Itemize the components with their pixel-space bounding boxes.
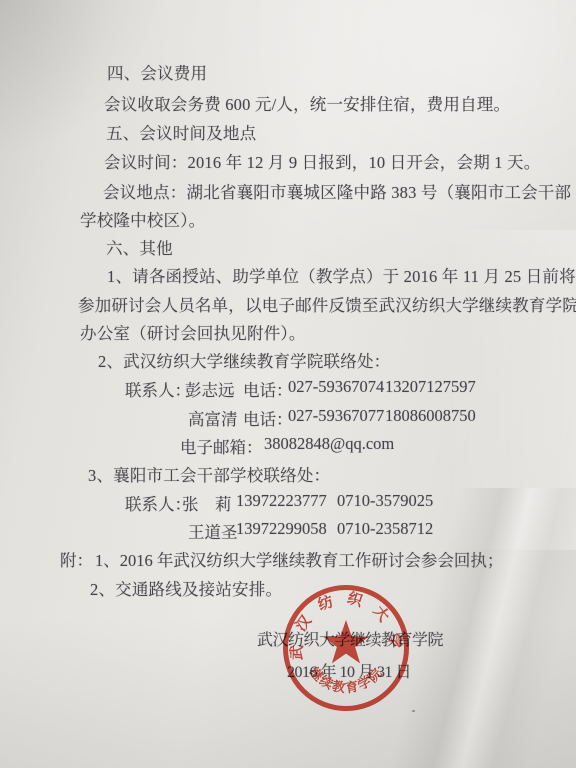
- heading-fees: 四、会议费用: [107, 60, 207, 84]
- contact-mobile: 18086008750: [385, 406, 476, 426]
- contact-name: 彭志远: [185, 377, 235, 401]
- heading-time-place: 五、会议时间及地点: [106, 120, 256, 144]
- attachment-item-2: 2、交通路线及接站安排。: [90, 576, 282, 600]
- contact-name: 张 莉: [182, 491, 232, 515]
- contact-tel: 0710-2358712: [337, 519, 433, 539]
- contact-phone-label: 电话：: [243, 377, 293, 401]
- meeting-place-line1: 会议地点：湖北省襄阳市襄城区隆中路 383 号（襄阳市工会干部: [103, 179, 571, 203]
- xy-contact-row-2: 王道圣 13972299058 0710-2358712: [0, 519, 576, 543]
- contact-name: 王道圣: [188, 519, 238, 543]
- email-row: 电子邮箱： 38082848@qq.com: [0, 434, 576, 458]
- fees-body: 会议收取会务费 600 元/人，统一安排住宿，费用自理。: [104, 91, 510, 115]
- xy-contact-row-1: 联系人： 张 莉 13972223777 0710-3579025: [0, 491, 576, 515]
- other-item1-line1: 1、请各函授站、助学单位（教学点）于 2016 年 11 月 25 日前将: [107, 263, 576, 287]
- attachments-line-1: 附： 1、2016 年武汉纺织大学继续教育工作研讨会参会回执；: [0, 547, 576, 571]
- heading-other: 六、其他: [106, 235, 173, 259]
- attachments-label: 附：: [60, 547, 93, 571]
- wtu-contact-row-2: 高富清 电话： 027-59367077 18086008750: [0, 406, 576, 430]
- contact-phone: 027-59367074: [288, 377, 384, 397]
- wtu-contact-row-1: 联系人： 彭志远 电话： 027-59367074 13207127597: [0, 377, 576, 401]
- contact-phone: 027-59367077: [288, 406, 384, 426]
- contact-label: 联系人：: [125, 377, 191, 401]
- official-seal: 武汉纺织大学 继续教育学院: [271, 573, 421, 723]
- seal-star-icon: [323, 620, 369, 663]
- contact-phone: 13972223777: [236, 491, 327, 511]
- other-item1-line3: 办公室（研讨会回执见附件）。: [80, 320, 306, 344]
- email-label: 电子邮箱：: [180, 434, 263, 458]
- email-value: 38082848@qq.com: [264, 434, 394, 454]
- other-item1-line2: 参加研讨会人员名单，以电子邮件反馈至武汉纺织大学继续教育学院: [78, 292, 576, 316]
- contact-tel: 0710-3579025: [337, 491, 433, 511]
- contact-phone: 13972299058: [236, 519, 327, 539]
- wtu-contact-heading: 2、武汉纺织大学继续教育学院联络处：: [98, 348, 390, 372]
- seal-bottom-text: 继续教育学院: [306, 664, 385, 695]
- meeting-place-line2: 学校隆中校区）。: [80, 207, 205, 231]
- meeting-time: 会议时间：2016 年 12 月 9 日报到，10 日开会，会期 1 天。: [104, 149, 540, 173]
- contact-phone-label: 电话：: [243, 406, 293, 430]
- attachment-item-1: 1、2016 年武汉纺织大学继续教育工作研讨会参会回执；: [95, 547, 503, 571]
- contact-mobile: 13207127597: [385, 377, 476, 397]
- contact-name: 高富清: [188, 406, 238, 430]
- xy-contact-heading: 3、襄阳市工会干部学校联络处：: [88, 462, 330, 486]
- document-page: 四、会议费用 会议收取会务费 600 元/人，统一安排住宿，费用自理。 五、会议…: [0, 0, 576, 768]
